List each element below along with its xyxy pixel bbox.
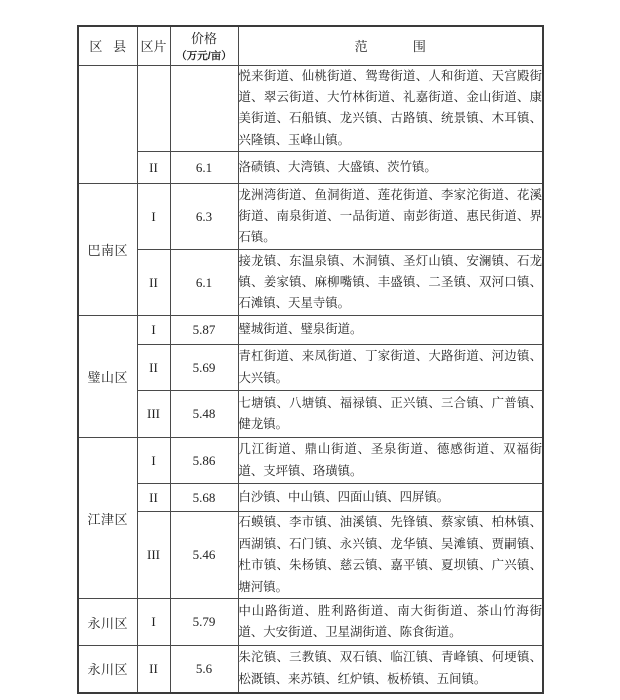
price-cell: 5.69 [170, 345, 238, 391]
price-cell: 6.3 [170, 184, 238, 250]
zone-cell: II [137, 646, 170, 693]
table-row: III 5.48 七塘镇、八塘镇、福禄镇、正兴镇、三合镇、广普镇、健龙镇。 [78, 391, 543, 438]
price-cell [170, 65, 238, 152]
scope-cell: 朱沱镇、三教镇、双石镇、临江镇、青峰镇、何埂镇、松溉镇、来苏镇、红炉镇、板桥镇、… [238, 646, 543, 693]
zone-cell: I [137, 316, 170, 345]
scope-cell: 七塘镇、八塘镇、福禄镇、正兴镇、三合镇、广普镇、健龙镇。 [238, 391, 543, 438]
scope-cell: 白沙镇、中山镇、四面山镇、四屏镇。 [238, 484, 543, 512]
table-row: 江津区 I 5.86 几江街道、鼎山街道、圣泉街道、德感街道、双福街道、支坪镇、… [78, 438, 543, 484]
scope-cell: 中山路街道、胜利路街道、南大街街道、茶山竹海街道、大安街道、卫星湖街道、陈食街道… [238, 599, 543, 646]
zone-cell: II [137, 484, 170, 512]
zone-cell: I [137, 599, 170, 646]
price-cell: 5.87 [170, 316, 238, 345]
price-cell: 5.68 [170, 484, 238, 512]
scope-cell: 几江街道、鼎山街道、圣泉街道、德感街道、双福街道、支坪镇、珞璜镇。 [238, 438, 543, 484]
price-cell: 6.1 [170, 152, 238, 184]
zone-cell: III [137, 391, 170, 438]
table-row: II 5.68 白沙镇、中山镇、四面山镇、四屏镇。 [78, 484, 543, 512]
district-cell: 永川区 [78, 646, 137, 693]
table-row: 悦来街道、仙桃街道、鸳鸯街道、人和街道、天宫殿街道、翠云街道、大竹林街道、礼嘉街… [78, 65, 543, 152]
document-page: { "page": { "background_color": "#ffffff… [0, 0, 620, 700]
district-cell: 巴南区 [78, 184, 137, 316]
district-cell: 璧山区 [78, 316, 137, 438]
price-cell: 5.6 [170, 646, 238, 693]
zone-cell: II [137, 250, 170, 316]
header-row: 区 县 区片 价格 （万元/亩） 范 围 [78, 26, 543, 65]
scope-cell: 悦来街道、仙桃街道、鸳鸯街道、人和街道、天宫殿街道、翠云街道、大竹林街道、礼嘉街… [238, 65, 543, 152]
zone-cell: III [137, 512, 170, 599]
district-cell: 江津区 [78, 438, 137, 599]
scope-cell: 接龙镇、东温泉镇、木洞镇、圣灯山镇、安澜镇、石龙镇、姜家镇、麻柳嘴镇、丰盛镇、二… [238, 250, 543, 316]
district-cell: 永川区 [78, 599, 137, 646]
price-cell: 5.86 [170, 438, 238, 484]
table-row: 永川区 I 5.79 中山路街道、胜利路街道、南大街街道、茶山竹海街道、大安街道… [78, 599, 543, 646]
price-cell: 5.48 [170, 391, 238, 438]
header-zone: 区片 [137, 26, 170, 65]
zone-cell: II [137, 152, 170, 184]
header-district: 区 县 [78, 26, 137, 65]
header-price: 价格 （万元/亩） [170, 26, 238, 65]
price-cell: 5.46 [170, 512, 238, 599]
header-scope-label: 范 围 [355, 39, 426, 54]
header-zone-label: 区片 [140, 39, 166, 54]
price-cell: 5.79 [170, 599, 238, 646]
scope-cell: 青杠街道、来凤街道、丁家街道、大路街道、河边镇、大兴镇。 [238, 345, 543, 391]
table-row: 璧山区 I 5.87 璧城街道、璧泉街道。 [78, 316, 543, 345]
zone-cell: I [137, 438, 170, 484]
table-row: II 5.69 青杠街道、来凤街道、丁家街道、大路街道、河边镇、大兴镇。 [78, 345, 543, 391]
header-price-line2: （万元/亩） [171, 48, 238, 63]
header-district-label: 区 县 [89, 39, 126, 54]
scope-cell: 洛碛镇、大湾镇、大盛镇、茨竹镇。 [238, 152, 543, 184]
table-row: II 6.1 洛碛镇、大湾镇、大盛镇、茨竹镇。 [78, 152, 543, 184]
header-scope: 范 围 [238, 26, 543, 65]
district-cell [78, 65, 137, 184]
scope-cell: 石蟆镇、李市镇、油溪镇、先锋镇、蔡家镇、柏林镇、西湖镇、石门镇、永兴镇、龙华镇、… [238, 512, 543, 599]
price-cell: 6.1 [170, 250, 238, 316]
table-row: 永川区 II 5.6 朱沱镇、三教镇、双石镇、临江镇、青峰镇、何埂镇、松溉镇、来… [78, 646, 543, 693]
zone-cell [137, 65, 170, 152]
zone-cell: II [137, 345, 170, 391]
land-price-table: 区 县 区片 价格 （万元/亩） 范 围 悦来街道、仙桃街道、鸳鸯街道、人和街道… [77, 25, 544, 694]
scope-cell: 璧城街道、璧泉街道。 [238, 316, 543, 345]
scope-cell: 龙洲湾街道、鱼洞街道、莲花街道、李家沱街道、花溪街道、南泉街道、一品街道、南彭街… [238, 184, 543, 250]
table-row: III 5.46 石蟆镇、李市镇、油溪镇、先锋镇、蔡家镇、柏林镇、西湖镇、石门镇… [78, 512, 543, 599]
table-row: 巴南区 I 6.3 龙洲湾街道、鱼洞街道、莲花街道、李家沱街道、花溪街道、南泉街… [78, 184, 543, 250]
header-price-line1: 价格 [171, 28, 238, 47]
zone-cell: I [137, 184, 170, 250]
table-row: II 6.1 接龙镇、东温泉镇、木洞镇、圣灯山镇、安澜镇、石龙镇、姜家镇、麻柳嘴… [78, 250, 543, 316]
